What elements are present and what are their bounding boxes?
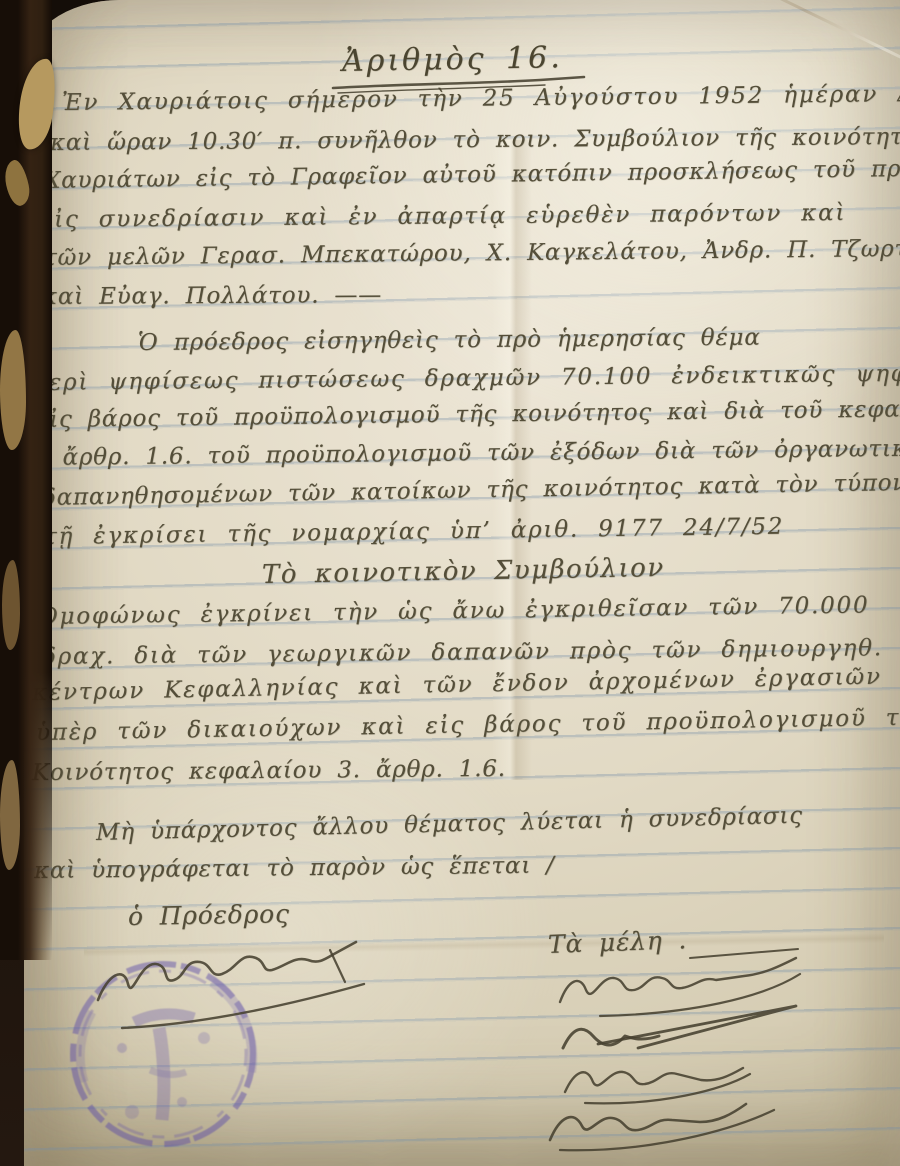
- body-line: Κοινότητος κεφαλαίου 3. ἄρθρ. 1.6.: [32, 756, 506, 786]
- body-line: καὶ ὑπογράφεται τὸ παρὸν ὡς ἕπεται /: [34, 853, 555, 884]
- torn-paper-fragment: [0, 760, 20, 870]
- photographed-ledger-page: Ἀριθμὸς 16. Ἐν Χαυριάτοις σήμερον τὴν 25…: [0, 0, 900, 1166]
- president-label: ὁ Πρόεδρος: [128, 899, 290, 931]
- torn-paper-fragment: [2, 560, 20, 650]
- members-label: Τὰ μέλη .: [547, 925, 687, 959]
- body-line: Ὁ πρόεδρος εἰσηγηθεὶς τὸ πρὸ ἡμερησίας θ…: [138, 325, 761, 356]
- body-line: καὶ Εὐαγ. Πολλάτου. ——: [42, 282, 382, 310]
- page-title: Ἀριθμὸς 16.: [342, 40, 563, 79]
- official-stamp: [62, 952, 268, 1158]
- torn-paper-fragment: [0, 330, 26, 450]
